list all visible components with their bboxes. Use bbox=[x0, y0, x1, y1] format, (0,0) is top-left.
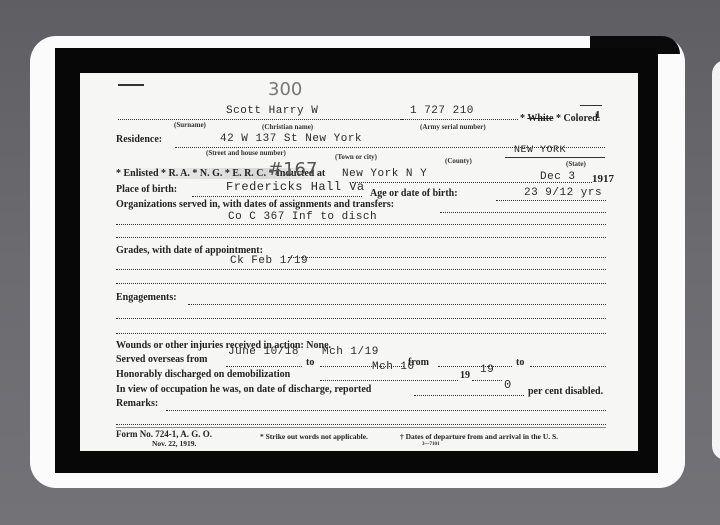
name-value: Scott Harry W bbox=[226, 105, 318, 117]
disability-value: 0 bbox=[504, 378, 512, 392]
race-struck: White bbox=[527, 113, 553, 124]
engagements-line-3 bbox=[116, 333, 606, 334]
residence-street-value: 42 W 137 St New York bbox=[220, 133, 362, 145]
engagements-line-1 bbox=[188, 304, 606, 305]
enlisted-date-value: Dec 3 bbox=[540, 171, 576, 183]
remarks-line-1 bbox=[166, 410, 606, 411]
age-line bbox=[496, 200, 606, 201]
overseas-from-line bbox=[226, 366, 302, 367]
form-date: Nov. 22, 1919. bbox=[152, 439, 196, 448]
disability-suffix: per cent disabled. bbox=[528, 386, 603, 397]
overseas-to2-line bbox=[530, 366, 606, 367]
page-number-rule bbox=[580, 105, 602, 106]
engagements-label: Engagements: bbox=[116, 292, 177, 303]
serial-caption: (Army serial number) bbox=[420, 123, 486, 131]
top-dash-mark bbox=[118, 84, 144, 86]
service-record-card: 300 1 Scott Harry W (Surname) (Christian… bbox=[80, 73, 638, 451]
engagements-line-2 bbox=[116, 318, 606, 319]
dates-note: † Dates of departure from and arrival in… bbox=[400, 432, 558, 441]
serial-value: 1 727 210 bbox=[410, 105, 474, 117]
discharge-year-line bbox=[472, 380, 502, 381]
next-photo-edge bbox=[712, 60, 720, 460]
organizations-line-2 bbox=[116, 224, 606, 225]
organizations-label: Organizations served in, with dates of a… bbox=[116, 199, 394, 210]
age-value: 23 9/12 yrs bbox=[524, 187, 602, 199]
state-caption: (State) bbox=[566, 160, 586, 168]
grades-value: Ck Feb 1/19 bbox=[230, 255, 308, 267]
race-prefix: * bbox=[520, 113, 525, 124]
birth-place-value: Fredericks Hall Va bbox=[226, 180, 365, 194]
grades-line-2 bbox=[116, 269, 606, 270]
footer-rule bbox=[116, 427, 606, 428]
enlisted-year: 1917 bbox=[592, 173, 614, 185]
county-caption: (County) bbox=[445, 157, 472, 165]
street-caption: (Street and house number) bbox=[206, 149, 286, 157]
overseas-to-word: to bbox=[306, 357, 314, 368]
birth-place-line bbox=[192, 196, 362, 197]
discharge-label: Honorably discharged on demobilization bbox=[116, 369, 290, 380]
overseas-label: Served overseas from bbox=[116, 354, 207, 365]
residence-state-value: NEW YORK bbox=[514, 145, 566, 156]
race-selected: * Colored. bbox=[556, 113, 600, 124]
grades-line-3 bbox=[116, 283, 606, 284]
discharge-year-prefix: 19 bbox=[460, 370, 470, 381]
print-code: 3—7101 bbox=[422, 442, 440, 447]
organizations-value: Co C 367 Inf to disch bbox=[228, 211, 377, 223]
birth-place-label: Place of birth: bbox=[116, 184, 177, 195]
remarks-line-2 bbox=[116, 424, 606, 425]
grades-line-1 bbox=[288, 257, 606, 258]
discharge-year-value: 19 bbox=[480, 364, 494, 376]
organizations-line-1 bbox=[440, 212, 606, 213]
form-number: Form No. 724-1, A. G. O. bbox=[116, 429, 212, 439]
overseas-to-value: Mch 1/19 bbox=[322, 346, 379, 358]
disability-label: In view of occupation he was, on date of… bbox=[116, 384, 371, 395]
handwritten-annotation: 300 bbox=[268, 79, 302, 100]
state-line bbox=[505, 157, 605, 158]
overseas-to2-word: to bbox=[516, 357, 524, 368]
overseas-from2-line bbox=[438, 366, 512, 367]
discharge-date-value: Mch 10 bbox=[372, 361, 415, 373]
town-caption: (Town or city) bbox=[335, 153, 377, 161]
strike-note: * Strike out words not applicable. bbox=[260, 432, 368, 441]
age-label: Age or date of birth: bbox=[370, 188, 458, 199]
enlisted-handwritten-mark: #167 bbox=[268, 159, 317, 180]
discharge-date-line bbox=[320, 380, 458, 381]
christian-name-caption: (Christian name) bbox=[262, 123, 313, 131]
surname-caption: (Surname) bbox=[174, 121, 206, 129]
serial-line bbox=[400, 119, 518, 120]
residence-label: Residence: bbox=[116, 134, 162, 145]
disability-line bbox=[414, 395, 524, 396]
race-field: * White * Colored. bbox=[520, 113, 600, 124]
remarks-label: Remarks: bbox=[116, 398, 158, 409]
name-line bbox=[118, 119, 403, 120]
overseas-from-value: June 10/18 bbox=[228, 346, 299, 358]
enlisted-place-value: New York N Y bbox=[342, 168, 427, 180]
organizations-line-3 bbox=[116, 237, 606, 238]
